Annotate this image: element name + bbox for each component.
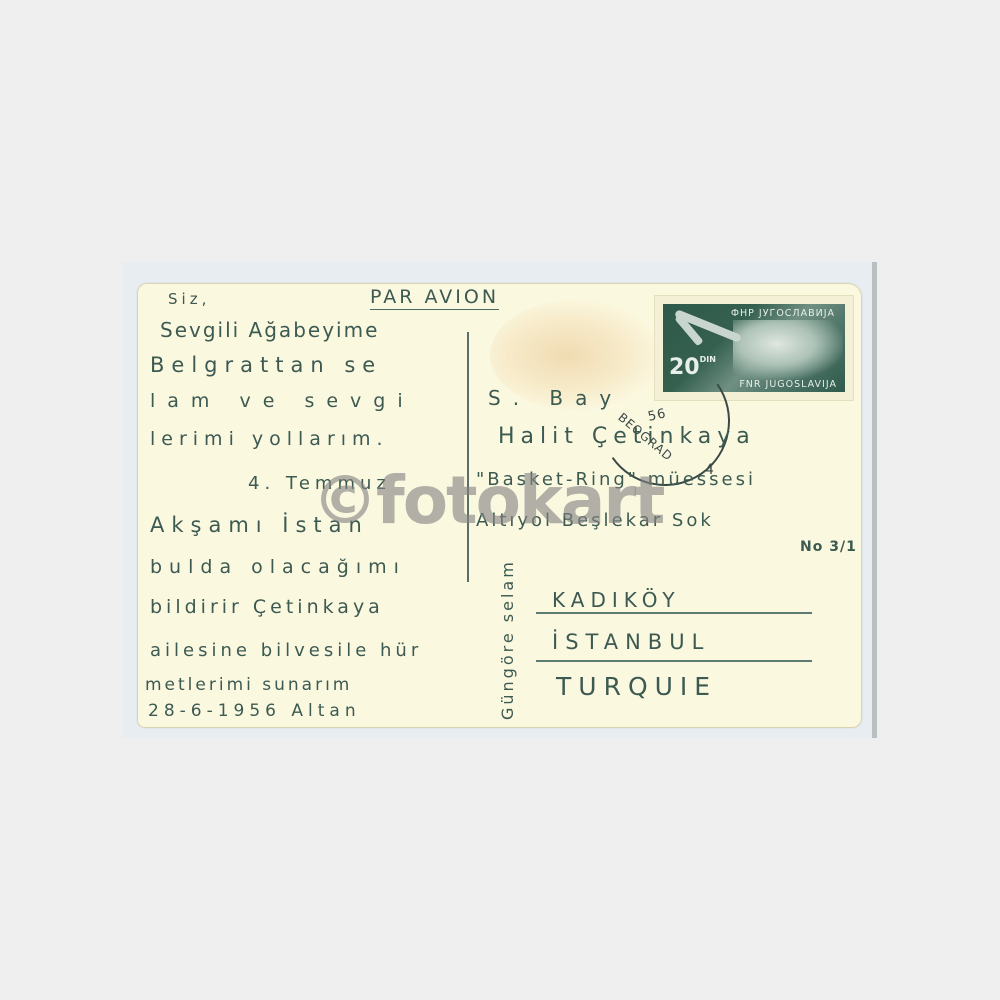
address-rule: [536, 660, 812, 662]
divider-line: [467, 332, 469, 582]
message-line: Belgrattan se: [150, 355, 382, 376]
message-line: ailesine bilvesile hür: [150, 642, 422, 660]
stamp-top-text: ФНР ЈУГОСЛАВИЈА: [731, 308, 835, 319]
address-line: S. Bay: [488, 388, 623, 408]
message-line: metlerimi sunarım: [145, 677, 352, 694]
message-line: bulda olacağımı: [150, 558, 406, 577]
watermark: ©fotokart: [312, 468, 663, 534]
address-city: İSTANBUL: [552, 632, 710, 653]
stamp-bottom-text: FNR JUGOSLAVIJA: [739, 379, 837, 390]
stamp-unit: DIN: [700, 355, 716, 364]
signature-date: 28-6-1956 Altan: [148, 703, 361, 720]
address-line: Halit Çetinkaya: [498, 426, 756, 448]
address-country: TURQUIE: [556, 674, 717, 699]
scan-edge: [872, 262, 877, 738]
address-line: No 3/1: [800, 540, 857, 554]
address-rule: [536, 612, 812, 614]
message-line: lam ve sevgi: [150, 392, 415, 411]
margin-note: Güngöre selam: [498, 559, 517, 720]
mountain-image: [733, 320, 843, 380]
message-line: lerimi yollarım.: [150, 430, 389, 449]
address-city-district: KADIKÖY: [552, 590, 681, 610]
message-line: Siz,: [168, 292, 210, 307]
message-line: Sevgili Ağabeyime: [160, 320, 379, 340]
message-line: bildirir Çetinkaya: [150, 598, 384, 617]
par-avion-header: PAR AVION: [370, 288, 499, 310]
